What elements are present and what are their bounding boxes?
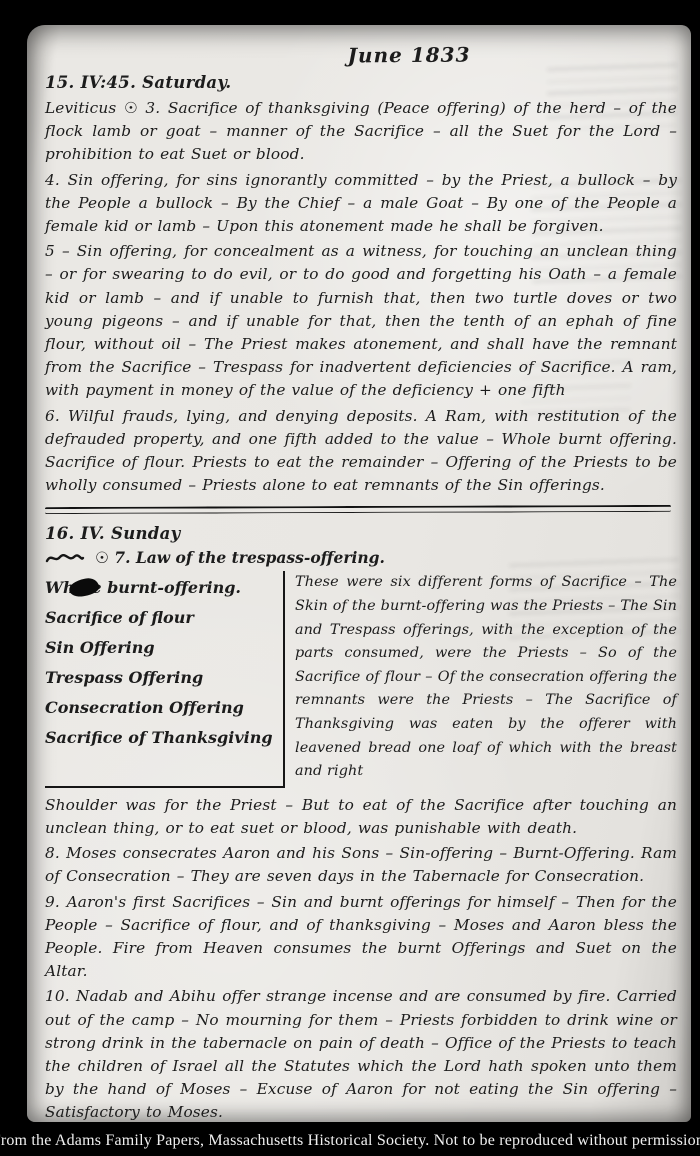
offering-item-label: Sacrifice of Thanksgiving [45,728,273,747]
paragraph-aarons-sacrifices-9: 9. Aaron's first Sacrifices – Sin and bu… [45,891,677,984]
paragraph-sin-offering-4: 4. Sin offering, for sins ignorantly com… [45,169,677,239]
offering-item-label: Sin Offering [45,638,155,657]
offering-item: Whole burnt-offering. [45,573,277,603]
scribble-mark [45,551,85,565]
paragraph-nadab-abihu-10: 10. Nadab and Abihu offer strange incens… [45,985,677,1122]
paragraph-trespass-continuation: Shoulder was for the Priest – But to eat… [45,794,677,840]
offerings-list-column: Whole burnt-offering. Sacrifice of flour… [45,571,283,787]
offering-item-label: Consecration Offering [45,698,244,717]
entry-heading-june-15: 15. IV:45. Saturday. [45,73,677,92]
paragraph-leviticus-3: Leviticus ☉ 3. Sacrifice of thanksgiving… [45,97,677,167]
offerings-side-note: These were six different forms of Sacrif… [283,571,677,787]
entry-heading-june-16: 16. IV. Sunday [45,524,677,543]
section-divider-rule [45,505,671,514]
attribution-caption-bar: From the Adams Family Papers, Massachuse… [0,1125,700,1156]
trespass-law-label: ☉ 7. Law of the trespass-offering. [95,548,385,567]
trespass-law-subheading: ☉ 7. Law of the trespass-offering. [45,548,677,567]
page-title: June 1833 [93,41,691,69]
offering-item: Consecration Offering [45,693,277,723]
offering-item: Sacrifice of Thanksgiving [45,723,277,753]
offering-item: Trespass Offering [45,663,277,693]
paragraph-sin-offering-5: 5 – Sin offering, for concealment as a w… [45,240,677,402]
photo-frame: June 1833 15. IV:45. Saturday. Leviticus… [0,0,700,1156]
offering-item-label: Trespass Offering [45,668,203,687]
diary-page: June 1833 15. IV:45. Saturday. Leviticus… [27,25,691,1122]
offerings-table: Whole burnt-offering. Sacrifice of flour… [45,571,677,787]
offering-item: Sacrifice of flour [45,603,277,633]
paragraph-consecration-8: 8. Moses consecrates Aaron and his Sons … [45,842,677,888]
paragraph-wilful-frauds-6: 6. Wilful frauds, lying, and denying dep… [45,405,677,498]
offering-item: Sin Offering [45,633,277,663]
attribution-caption-text: From the Adams Family Papers, Massachuse… [0,1132,700,1150]
offering-item-label: Sacrifice of flour [45,608,194,627]
